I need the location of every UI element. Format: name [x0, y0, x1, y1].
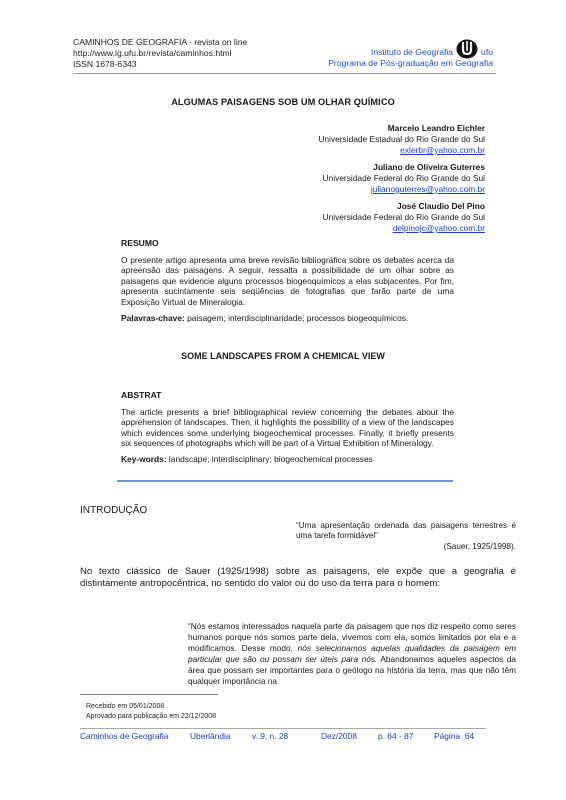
journal-url: http://www.ig.ufu.br/revista/caminhos.ht…	[73, 48, 247, 59]
author-affiliation: Universidade Federal do Rio Grande do Su…	[318, 212, 485, 223]
epigraph-text: “Uma apresentação ordenada das paisagens…	[296, 521, 516, 542]
footer-date: Dez/2008	[321, 731, 378, 741]
received-date: Recebido em 05/01/2008	[86, 702, 216, 712]
keywords-value: landscape; interdisciplinary; biogeochem…	[167, 454, 373, 464]
footnotes: Recebido em 05/01/2008 Aprovado para pub…	[86, 702, 216, 722]
footnote-divider	[80, 694, 218, 695]
resumo-keywords: Palavras-chave: paisagem; interdisciplin…	[121, 313, 454, 324]
institution-header: Instituto de Geografia ufu Programa de P…	[328, 39, 493, 69]
abstract-keywords: Key-words: landscape; interdisciplinary;…	[121, 454, 454, 465]
epigraph-citation: (Sauer, 1925/1998).	[296, 542, 516, 552]
author-email-link[interactable]: delpinojc@yahoo.com.br	[318, 223, 485, 234]
author-name: Marcelo Leandro Eichler	[318, 123, 485, 134]
introduction-heading: INTRODUÇÃO	[80, 505, 147, 516]
author-email-link[interactable]: julianoguterres@yahoo.com.br	[318, 184, 485, 195]
author-name: José Claudio Del Pino	[318, 201, 485, 212]
author-block: José Claudio Del Pino Universidade Feder…	[318, 201, 485, 234]
ufu-logo-icon	[456, 39, 478, 59]
keywords-label: Palavras-chave:	[121, 313, 185, 323]
author-affiliation: Universidade Federal do Rio Grande do Su…	[318, 173, 485, 184]
intro-paragraph: No texto clássico de Sauer (1925/1998) s…	[80, 566, 516, 590]
journal-name: CAMINHOS DE GEOGRAFIA - revista on line	[73, 37, 247, 48]
english-title: SOME LANDSCAPES FROM A CHEMICAL VIEW	[0, 351, 566, 361]
abstract-section: ABSTRAT The article presents a brief bib…	[121, 390, 454, 465]
approved-date: Aprovado para publicação em 22/12/2008	[86, 712, 216, 722]
article-title: ALGUMAS PAISAGENS SOB UM OLHAR QUÍMICO	[0, 97, 566, 107]
block-quote: “Nós estamos interessados naquela parte …	[188, 621, 516, 686]
resumo-text: O presente artigo apresenta uma breve re…	[121, 255, 454, 308]
footer-volume: v. 9, n. 28	[252, 731, 321, 741]
author-email-link[interactable]: exlerbr@yahoo.com.br	[318, 145, 485, 156]
keywords-value: paisagem; interdisciplinaridade; process…	[185, 313, 408, 323]
footer-pages: p. 64 - 87	[378, 731, 434, 741]
footer-divider	[80, 728, 486, 729]
institute-name: Instituto de Geografia	[371, 47, 453, 58]
header-divider	[73, 73, 496, 74]
page-footer: Caminhos de Geografia Uberlândia v. 9, n…	[80, 731, 494, 741]
author-list: Marcelo Leandro Eichler Universidade Est…	[318, 123, 485, 240]
keywords-label: Key-words:	[121, 454, 167, 464]
ufu-label: ufu	[481, 47, 493, 58]
author-affiliation: Universidade Estadual do Rio Grande do S…	[318, 134, 485, 145]
resumo-section: RESUMO O presente artigo apresenta uma b…	[121, 238, 454, 323]
author-block: Juliano de Oliveira Guterres Universidad…	[318, 162, 485, 195]
author-name: Juliano de Oliveira Guterres	[318, 162, 485, 173]
resumo-heading: RESUMO	[121, 238, 454, 249]
author-block: Marcelo Leandro Eichler Universidade Est…	[318, 123, 485, 156]
epigraph: “Uma apresentação ordenada das paisagens…	[296, 521, 516, 552]
abstract-heading: ABSTRAT	[121, 390, 454, 401]
footer-city: Uberlândia	[190, 731, 252, 741]
abstract-text: The article presents a brief bibliograph…	[121, 407, 454, 449]
footer-journal: Caminhos de Geografia	[80, 731, 190, 741]
section-divider	[117, 480, 453, 482]
program-name: Programa de Pós-graduação em Geografia	[328, 58, 493, 69]
journal-header: CAMINHOS DE GEOGRAFIA - revista on line …	[73, 37, 247, 70]
journal-issn: ISSN 1678-6343	[73, 59, 247, 70]
footer-page-number: Página 64	[434, 731, 494, 741]
